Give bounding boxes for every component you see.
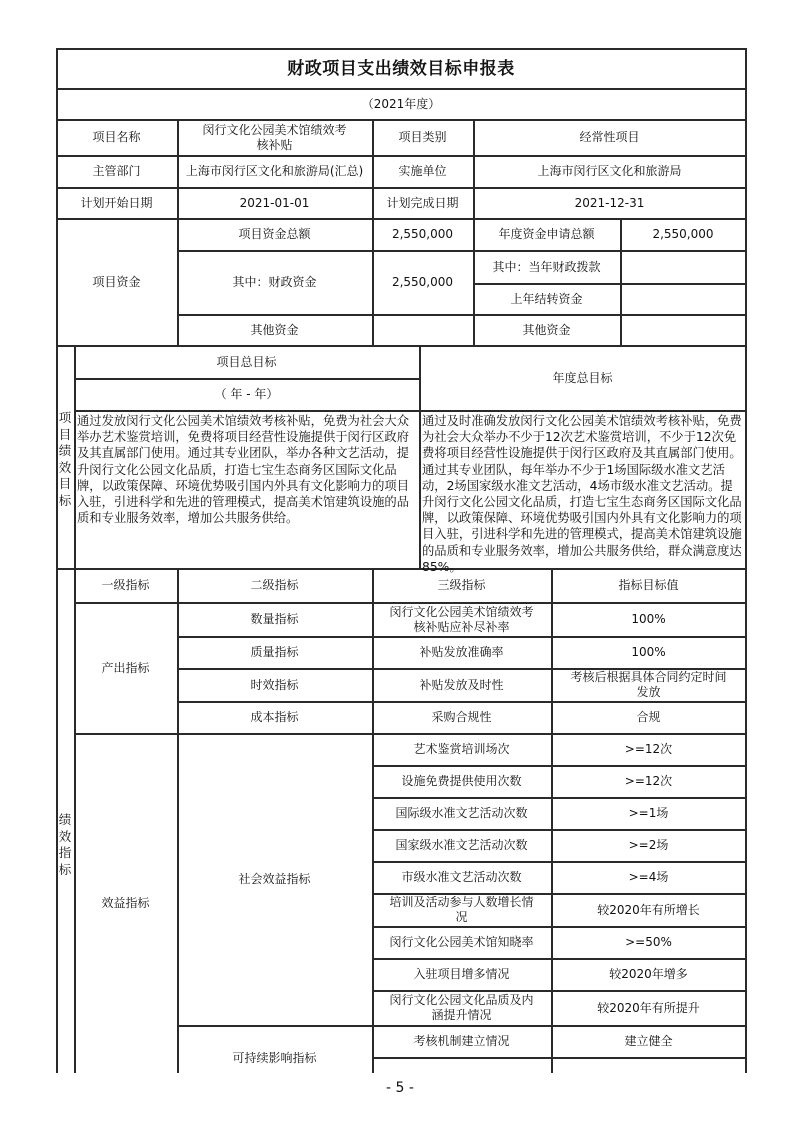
table-row-target: >=4场 — [551, 862, 746, 893]
project-category-value: 经常性项目 — [473, 120, 746, 155]
table-row-target: 100% — [551, 603, 746, 636]
table-row-level3: 艺术鉴赏培训场次 — [372, 734, 551, 765]
table-row-target: 较2020年有所增长 — [551, 894, 746, 926]
table-row-level3: 市级水准文艺活动次数 — [372, 862, 551, 893]
sustainable-impact-label: 可持续影响指标 — [177, 1026, 372, 1090]
table-row-target: >=1场 — [551, 798, 746, 829]
page-number: - 5 - — [380, 1080, 420, 1096]
project-category-label: 项目类别 — [372, 120, 473, 155]
table-row-target: 100% — [551, 637, 746, 668]
table-row-target: 考核后根据具体合同约定时间发放 — [551, 669, 746, 701]
fiscal-funds-value: 2,550,000 — [372, 251, 473, 314]
table-row-target: >=12次 — [551, 734, 746, 765]
table-row-target — [551, 1058, 746, 1073]
table-row-level3: 闵行文化公园美术馆知晓率 — [372, 927, 551, 958]
other-funds-value — [372, 315, 473, 345]
social-benefit-label: 社会效益指标 — [177, 734, 372, 1025]
header-level2: 二级指标 — [177, 569, 372, 602]
funding-total-value: 2,550,000 — [372, 219, 473, 250]
table-row-level3: 补贴发放及时性 — [372, 669, 551, 701]
annual-total-label: 年度资金申请总额 — [473, 219, 620, 250]
benefit-indicator-label: 效益指标 — [74, 734, 177, 1073]
table-row-target: 建立健全 — [551, 1026, 746, 1057]
overall-goal-period: （ 年 - 年） — [74, 379, 419, 410]
output-indicator-label: 产出指标 — [74, 603, 177, 733]
funding-total-label: 项目资金总额 — [177, 219, 372, 250]
page-title: 财政项目支出绩效目标申报表 — [56, 49, 746, 89]
end-date-value: 2021-12-31 — [473, 188, 746, 218]
fiscal-funds-label: 其中：财政资金 — [177, 251, 372, 314]
table-row-level3: 国家级水准文艺活动次数 — [372, 830, 551, 861]
table-row-level3: 采购合规性 — [372, 702, 551, 733]
table-row-level3 — [372, 1058, 551, 1073]
annual-total-value: 2,550,000 — [620, 219, 746, 250]
table-row-level3: 闵行文化公园美术馆绩效考核补贴应补尽补率 — [372, 603, 551, 636]
carryover-funds-value — [620, 284, 746, 314]
current-year-appropriation-value — [620, 251, 746, 283]
table-row-level3: 考核机制建立情况 — [372, 1026, 551, 1057]
overall-goal-text: 通过发放闵行文化公园美术馆绩效考核补贴，免费为社会大众举办艺术鉴赏培训，免费将项… — [74, 411, 419, 568]
annual-other-funds-value — [620, 315, 746, 345]
table-row-level2: 成本指标 — [177, 702, 372, 733]
table-row-target: 合规 — [551, 702, 746, 733]
header-level1: 一级指标 — [74, 569, 177, 602]
annual-goal-label: 年度总目标 — [419, 346, 746, 410]
table-row-level3: 国际级水准文艺活动次数 — [372, 798, 551, 829]
start-date-label: 计划开始日期 — [56, 188, 177, 218]
table-row-level2: 质量指标 — [177, 637, 372, 668]
table-row-level2: 时效指标 — [177, 669, 372, 701]
table-row-target: 较2020年增多 — [551, 959, 746, 990]
table-row-target: >=50% — [551, 927, 746, 958]
table-row-level3: 补贴发放准确率 — [372, 637, 551, 668]
funding-section-label: 项目资金 — [56, 219, 177, 345]
carryover-funds-label: 上年结转资金 — [473, 284, 620, 314]
implementer-label: 实施单位 — [372, 156, 473, 187]
indicators-section-label: 绩效指标 — [56, 812, 74, 878]
implementer-value: 上海市闵行区文化和旅游局 — [473, 156, 746, 187]
table-row-target: >=2场 — [551, 830, 746, 861]
table-row-level3: 设施免费提供使用次数 — [372, 766, 551, 797]
table-row-level3: 入驻项目增多情况 — [372, 959, 551, 990]
other-funds-label: 其他资金 — [177, 315, 372, 345]
annual-goal-text: 通过及时准确发放闵行文化公园美术馆绩效考核补贴，免费为社会大众举办不少于12次艺… — [419, 411, 746, 568]
project-name-label: 项目名称 — [56, 120, 177, 155]
table-row-level3: 培训及活动参与人数增长情况 — [372, 894, 551, 926]
header-target: 指标目标值 — [551, 569, 746, 602]
department-value: 上海市闵行区文化和旅游局(汇总) — [177, 156, 372, 187]
annual-other-funds-label: 其他资金 — [473, 315, 620, 345]
header-level3: 三级指标 — [372, 569, 551, 602]
start-date-value: 2021-01-01 — [177, 188, 372, 218]
overall-goal-label: 项目总目标 — [74, 346, 419, 378]
goals-section-label: 项目绩效目标 — [56, 410, 74, 509]
department-label: 主管部门 — [56, 156, 177, 187]
table-row-target: 较2020年有所提升 — [551, 991, 746, 1025]
table-row-level2: 数量指标 — [177, 603, 372, 636]
document-page: 财政项目支出绩效目标申报表 （2021年度） 项目名称 闵行文化公园美术馆绩效考… — [0, 0, 793, 1122]
current-year-appropriation-label: 其中：当年财政拨款 — [473, 251, 620, 283]
end-date-label: 计划完成日期 — [372, 188, 473, 218]
table-row-level3: 闵行文化公园文化品质及内涵提升情况 — [372, 991, 551, 1025]
table-row-target: >=12次 — [551, 766, 746, 797]
project-name-value: 闵行文化公园美术馆绩效考核补贴 — [177, 120, 372, 155]
year-label: （2021年度） — [56, 89, 746, 119]
